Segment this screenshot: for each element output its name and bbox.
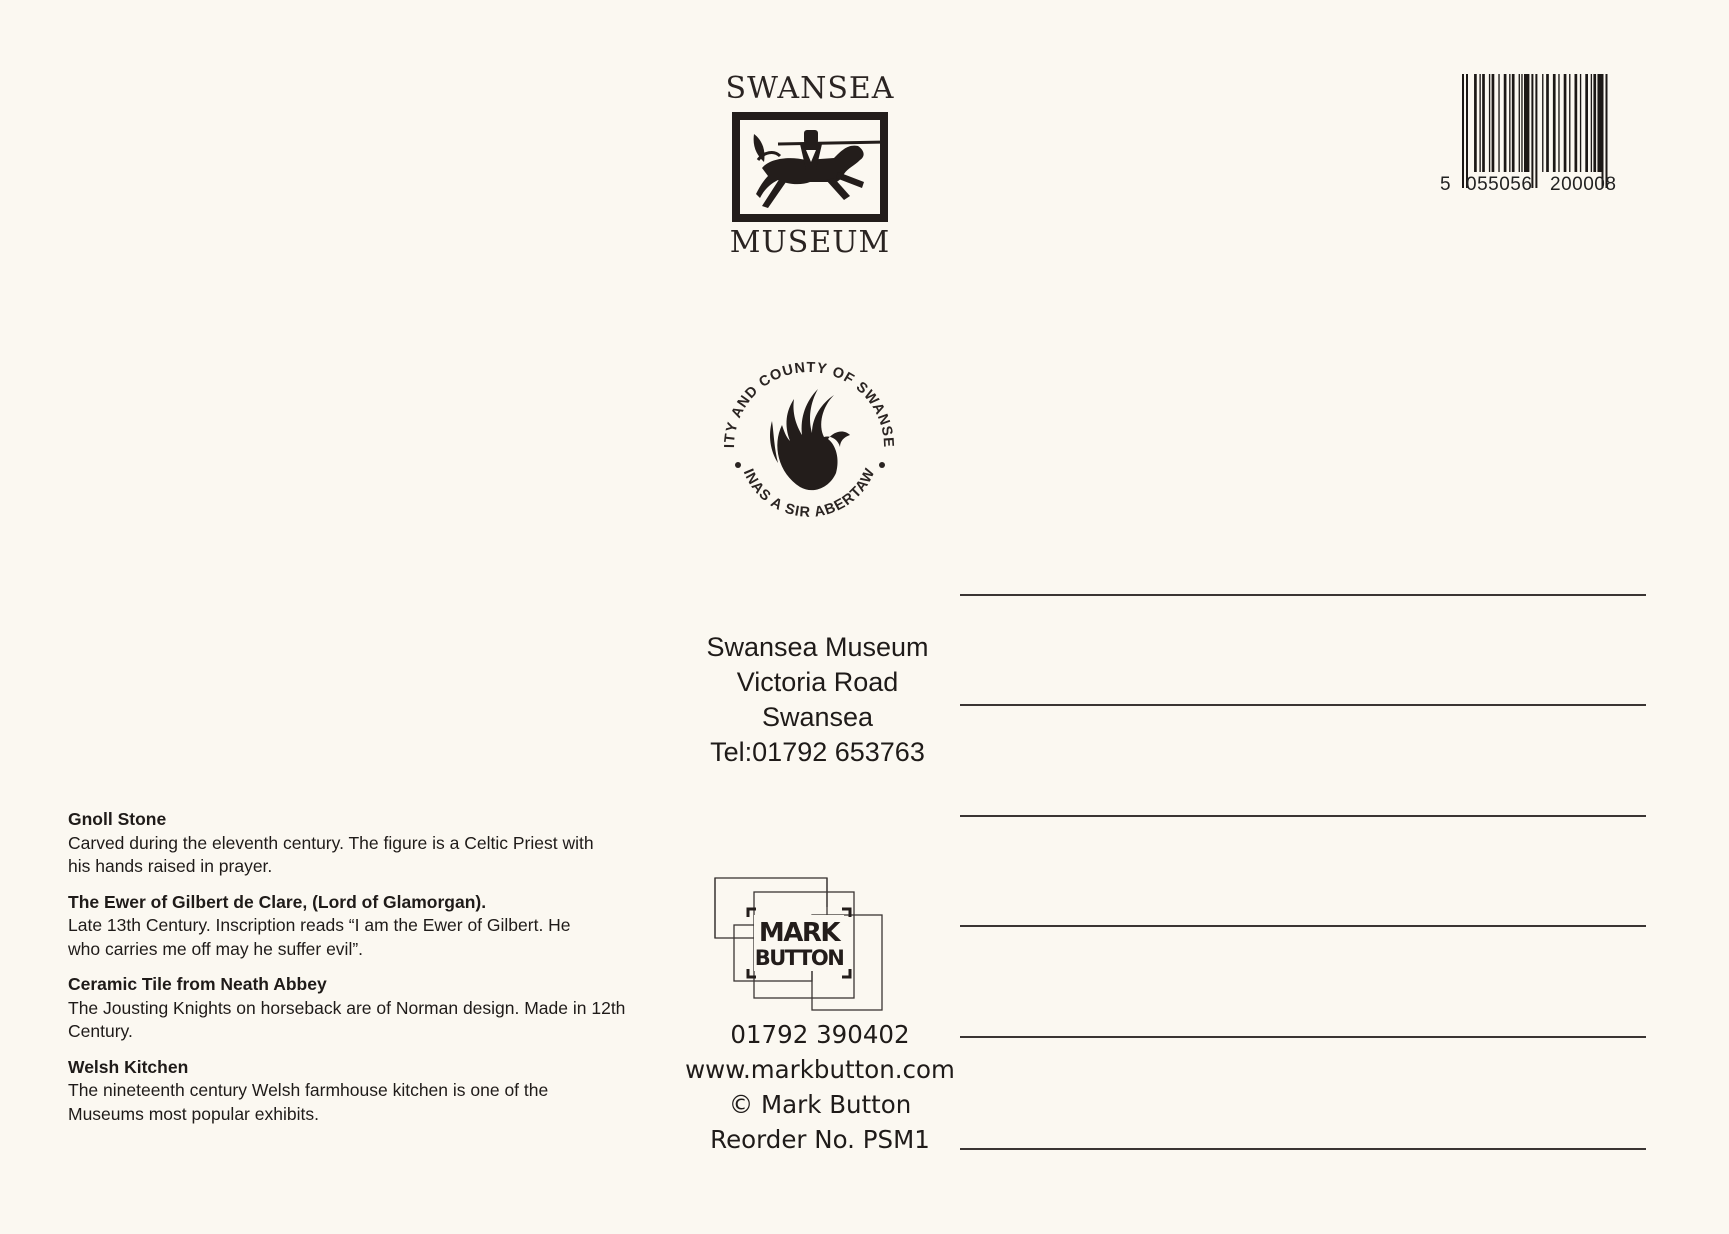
address-line-rule bbox=[960, 594, 1646, 596]
publisher-info: 01792 390402 www.markbutton.com © Mark B… bbox=[660, 1017, 980, 1157]
address-line-rule bbox=[960, 925, 1646, 927]
museum-address: Swansea Museum Victoria Road Swansea Tel… bbox=[640, 630, 995, 770]
svg-text:MARK: MARK bbox=[759, 918, 842, 948]
logo-bottom-word: MUSEUM bbox=[715, 228, 905, 258]
caption-text: Late 13th Century. Inscription reads “I … bbox=[68, 914, 588, 961]
address-line-rule bbox=[960, 1036, 1646, 1038]
publisher-copyright: © Mark Button bbox=[660, 1087, 980, 1122]
mark-button-logo: MARK BUTTON bbox=[714, 877, 884, 1013]
address-line: Swansea bbox=[640, 700, 995, 735]
swansea-museum-logo: SWANSEA MUSEUM bbox=[715, 74, 905, 266]
knight-emblem-frame bbox=[732, 112, 888, 222]
phoenix-seal-icon: CITY AND COUNTY OF SWANSEA DINAS A SIR A… bbox=[712, 355, 906, 540]
caption-title: The Ewer of Gilbert de Clare, (Lord of G… bbox=[68, 891, 628, 915]
caption-title: Welsh Kitchen bbox=[68, 1056, 628, 1080]
address-line-rule bbox=[960, 1148, 1646, 1150]
publisher-phone: 01792 390402 bbox=[660, 1017, 980, 1052]
barcode-left-group: 055056 bbox=[1466, 174, 1532, 196]
caption-ewer: The Ewer of Gilbert de Clare, (Lord of G… bbox=[68, 891, 628, 962]
jousting-knight-icon bbox=[740, 120, 880, 214]
overlapping-frames-icon: MARK BUTTON bbox=[714, 877, 884, 1013]
caption-title: Gnoll Stone bbox=[68, 808, 628, 832]
barcode-first-digit: 5 bbox=[1440, 174, 1451, 196]
barcode: 5 055056 200008 bbox=[1438, 72, 1650, 200]
caption-welsh-kitchen: Welsh Kitchen The nineteenth century Wel… bbox=[68, 1056, 628, 1127]
council-seal: CITY AND COUNTY OF SWANSEA DINAS A SIR A… bbox=[712, 355, 906, 540]
caption-title: Ceramic Tile from Neath Abbey bbox=[68, 973, 628, 997]
address-line-rule bbox=[960, 704, 1646, 706]
address-line-rule bbox=[960, 815, 1646, 817]
address-line: Swansea Museum bbox=[640, 630, 995, 665]
barcode-bars bbox=[1438, 72, 1650, 190]
address-line: Victoria Road bbox=[640, 665, 995, 700]
reorder-number: Reorder No. PSM1 bbox=[660, 1122, 980, 1157]
svg-text:BUTTON: BUTTON bbox=[755, 946, 844, 970]
publisher-website[interactable]: www.markbutton.com bbox=[660, 1052, 980, 1087]
image-captions: Gnoll Stone Carved during the eleventh c… bbox=[68, 808, 628, 1138]
museum-phone: Tel:01792 653763 bbox=[640, 735, 995, 770]
caption-ceramic-tile: Ceramic Tile from Neath Abbey The Jousti… bbox=[68, 973, 628, 1044]
caption-text: Carved during the eleventh century. The … bbox=[68, 832, 608, 879]
logo-top-word: SWANSEA bbox=[715, 74, 905, 104]
barcode-right-group: 200008 bbox=[1550, 174, 1616, 196]
caption-text: The Jousting Knights on horseback are of… bbox=[68, 997, 628, 1044]
caption-gnoll-stone: Gnoll Stone Carved during the eleventh c… bbox=[68, 808, 628, 879]
caption-text: The nineteenth century Welsh farmhouse k… bbox=[68, 1079, 628, 1126]
